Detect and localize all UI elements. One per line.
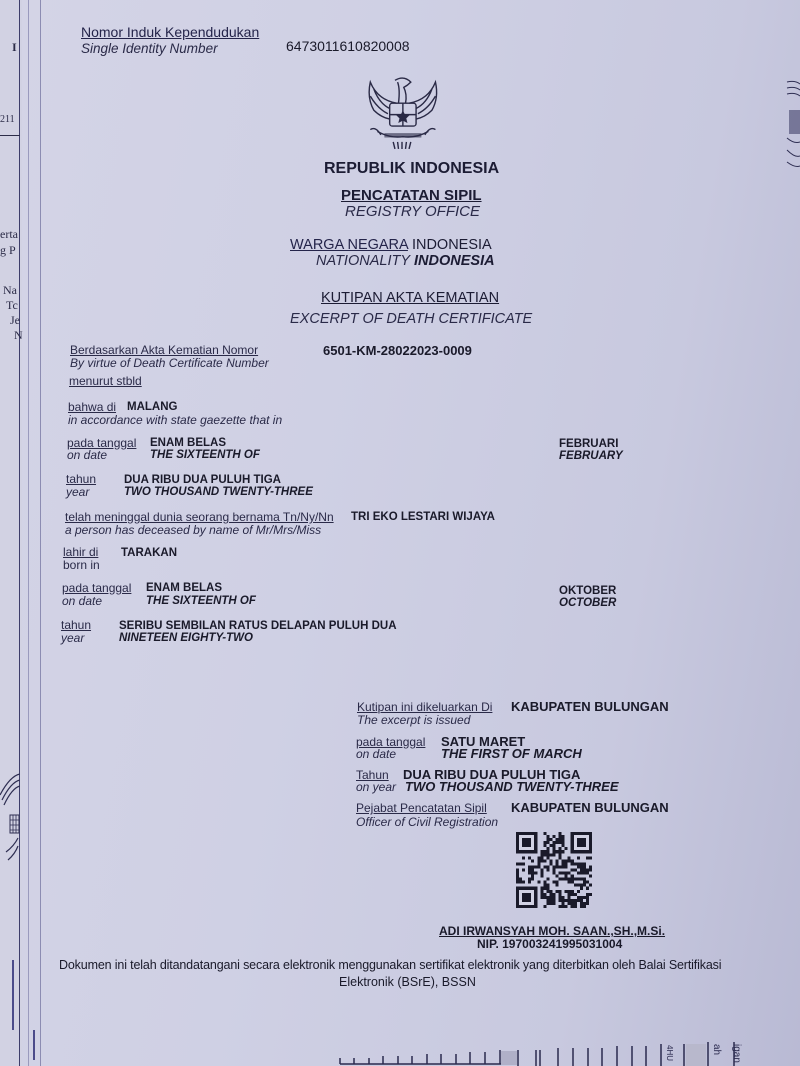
document-title-en: EXCERPT OF DEATH CERTIFICATE — [290, 311, 532, 327]
sheet-edge — [33, 1030, 35, 1060]
citizenship-value: INDONESIA — [412, 237, 492, 253]
deceased-name: TRI EKO LESTARI WIJAYA — [351, 511, 495, 523]
officer-place: KABUPATEN BULUNGAN — [511, 800, 669, 815]
birth-date-label: pada tanggal — [62, 581, 131, 595]
birthplace-label-en: born in — [63, 558, 100, 572]
death-year-label: tahun — [66, 472, 96, 486]
stbld-label: menurut stbld — [69, 374, 142, 388]
citizenship-row: WARGA NEGARA INDONESIA — [290, 237, 492, 253]
underlying-rule — [0, 135, 20, 136]
birth-day-en: THE SIXTEENTH OF — [146, 595, 256, 607]
issue-year-value-en: TWO THOUSAND TWENTY-THREE — [405, 779, 619, 794]
death-date-label-en: on date — [67, 448, 107, 462]
document-title: KUTIPAN AKTA KEMATIAN — [321, 290, 499, 306]
name-label-en: a person has deceased by name of Mr/Mrs/… — [65, 523, 321, 537]
underlying-text: Tc — [6, 298, 18, 313]
sheet-edge — [19, 0, 20, 1066]
issue-year-label-en: on year — [356, 780, 396, 794]
citizenship-label: WARGA NEGARA — [290, 237, 408, 253]
birth-month: OKTOBER — [559, 585, 616, 597]
birth-year-label-en: year — [61, 631, 84, 645]
officer-label-en: Officer of Civil Registration — [356, 815, 498, 829]
death-day-en: THE SIXTEENTH OF — [150, 449, 260, 461]
place-label: bahwa di — [68, 400, 116, 414]
death-year-en: TWO THOUSAND TWENTY-THREE — [124, 486, 313, 498]
underlying-text: erta — [0, 227, 18, 242]
death-month-en: FEBRUARY — [559, 450, 623, 462]
cert-no-label: Berdasarkan Akta Kematian Nomor — [70, 343, 258, 357]
death-day: ENAM BELAS — [150, 437, 226, 449]
issue-date-label-en: on date — [356, 747, 396, 761]
officer-label: Pejabat Pencatatan Sipil — [356, 801, 487, 815]
death-year-label-en: year — [66, 485, 89, 499]
issued-place: KABUPATEN BULUNGAN — [511, 699, 669, 714]
underlying-emblem-icon — [0, 770, 20, 870]
birthplace-value: TARAKAN — [121, 547, 177, 559]
underlying-text: igan — [731, 1044, 742, 1063]
birth-month-en: OCTOBER — [559, 597, 616, 609]
name-label: telah meninggal dunia seorang bernama Tn… — [65, 510, 334, 524]
seal-fragment-icon — [785, 78, 800, 173]
nik-label: Nomor Induk Kependudukan — [81, 24, 259, 40]
esign-note-line2: Elektronik (BSrE), BSSN — [339, 975, 476, 989]
death-year: DUA RIBU DUA PULUH TIGA — [124, 474, 281, 486]
place-label-en: in accordance with state gaezette that i… — [68, 413, 282, 427]
country-title: REPUBLIK INDONESIA — [324, 160, 499, 178]
birth-year-en: NINETEEN EIGHTY-TWO — [119, 632, 253, 644]
birth-day: ENAM BELAS — [146, 582, 222, 594]
citizenship-label-en: NATIONALITY — [316, 253, 410, 269]
birth-year: SERIBU SEMBILAN RATUS DELAPAN PULUH DUA — [119, 620, 397, 632]
sheet-edge — [12, 960, 14, 1030]
qr-code-icon — [516, 832, 592, 908]
death-month: FEBRUARI — [559, 438, 618, 450]
office-title-en: REGISTRY OFFICE — [345, 203, 480, 220]
underlying-text: Na — [3, 283, 17, 298]
office-title: PENCATATAN SIPIL — [341, 187, 482, 204]
official-nip: NIP. 197003241995031004 — [477, 937, 622, 951]
nik-value: 6473011610820008 — [286, 38, 410, 54]
cert-no-value: 6501-KM-28022023-0009 — [323, 343, 472, 358]
issued-label-en: The excerpt is issued — [357, 713, 470, 727]
esign-note-line1: Dokumen ini telah ditandatangani secara … — [59, 958, 721, 972]
underlying-text: ah — [711, 1044, 722, 1055]
citizenship-value-en: INDONESIA — [414, 253, 495, 269]
official-name: ADI IRWANSYAH MOH. SAAN.,SH.,M.Si. — [439, 924, 665, 938]
cert-no-label-en: By virtue of Death Certificate Number — [70, 356, 269, 370]
place-value: MALANG — [127, 401, 177, 413]
issued-label: Kutipan ini dikeluarkan Di — [357, 700, 492, 714]
garuda-emblem-icon — [358, 68, 446, 156]
underlying-text: g P — [0, 243, 16, 258]
birth-date-label-en: on date — [62, 594, 102, 608]
birth-year-label: tahun — [61, 618, 91, 632]
birthplace-label: lahir di — [63, 545, 98, 559]
underlying-text: 211 — [0, 114, 15, 125]
underlying-text: I — [12, 40, 17, 55]
underlying-text: 4HU — [665, 1045, 674, 1061]
nik-label-en: Single Identity Number — [81, 41, 218, 56]
sheet-edge — [28, 0, 29, 1066]
issue-date-value-en: THE FIRST OF MARCH — [441, 746, 582, 761]
citizenship-row-en: NATIONALITY INDONESIA — [316, 253, 495, 269]
underlying-text: N — [14, 328, 23, 343]
sheet-edge — [40, 0, 41, 1066]
underlying-text: Je — [10, 313, 20, 328]
